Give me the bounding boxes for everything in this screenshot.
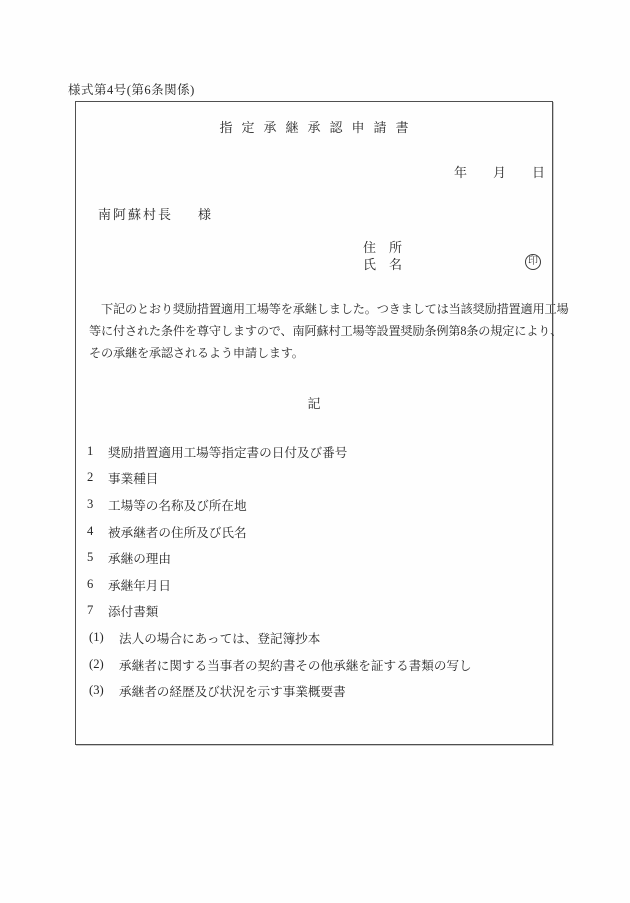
list-item-text: 被承継者の住所及び氏名	[108, 522, 247, 541]
list-item-number: 3	[87, 497, 108, 512]
numbered-list: 1 奨励措置適用工場等指定書の日付及び番号 2 事業種目 3 工場等の名称及び所…	[76, 438, 554, 704]
seal-stamp-icon: 印	[525, 254, 541, 270]
list-item: 6 承継年月日	[76, 571, 554, 598]
list-item-text: 承継の理由	[108, 548, 171, 567]
paragraph-line: 等に付された条件を尊守しますので、南阿蘇村工場等設置奨励条例第8条の規定により、	[89, 320, 552, 342]
addressee-row: 南阿蘇村長様	[98, 204, 213, 223]
list-item-text: 承継者に関する当事者の契約書その他承継を証する書類の写し	[119, 655, 472, 674]
document-title: 指定承継承認申請書	[76, 117, 552, 136]
section-heading-ki: 記	[76, 393, 552, 412]
list-item-text: 承継者の経歴及び状況を示す事業概要書	[119, 681, 346, 700]
list-item: (1) 法人の場合にあっては、登記簿抄本	[76, 624, 554, 651]
paragraph-line: 下記のとおり奨励措置適用工場等を承継しました。つきましては当該奨励措置適用工場	[89, 298, 552, 320]
list-item: (2) 承継者に関する当事者の契約書その他承継を証する書類の写し	[76, 651, 554, 678]
list-item-number: 5	[87, 550, 108, 565]
list-item-text: 承継年月日	[108, 575, 171, 594]
list-item-number: 7	[87, 603, 108, 618]
list-item: 5 承継の理由	[76, 544, 554, 571]
list-item-text: 奨励措置適用工場等指定書の日付及び番号	[108, 442, 347, 461]
list-item: 3 工場等の名称及び所在地	[76, 491, 554, 518]
list-item: 7 添付書類	[76, 598, 554, 625]
list-item-text: 事業種目	[108, 468, 158, 487]
document-page: 様式第4号(第6条関係) 指定承継承認申請書 年 月 日 南阿蘇村長様 住 所 …	[0, 0, 630, 903]
list-item: (3) 承継者の経歴及び状況を示す事業概要書	[76, 677, 554, 704]
list-item-number: 6	[87, 577, 108, 592]
list-item-text: 工場等の名称及び所在地	[108, 495, 247, 514]
addressee-name: 南阿蘇村長	[98, 207, 173, 222]
honorific-label: 様	[198, 207, 213, 222]
list-item: 1 奨励措置適用工場等指定書の日付及び番号	[76, 438, 554, 465]
date-line: 年 月 日	[454, 162, 545, 181]
list-item-text: 添付書類	[108, 601, 158, 620]
list-item-text: 法人の場合にあっては、登記簿抄本	[119, 628, 320, 647]
list-item-number: 4	[87, 524, 108, 539]
list-item-number: 2	[87, 470, 108, 485]
form-number-label: 様式第4号(第6条関係)	[68, 80, 195, 98]
list-item: 4 被承継者の住所及び氏名	[76, 518, 554, 545]
document-border-box: 指定承継承認申請書 年 月 日 南阿蘇村長様 住 所 氏 名 印 下記のとおり奨…	[75, 101, 553, 745]
list-item-number: (1)	[89, 630, 119, 645]
name-label: 氏 名	[363, 254, 402, 273]
paragraph-line: その承継を承認されるよう申請します。	[89, 342, 552, 364]
list-item-number: (3)	[89, 683, 119, 698]
list-item-number: (2)	[89, 657, 119, 672]
list-item-number: 1	[87, 444, 108, 459]
body-paragraph: 下記のとおり奨励措置適用工場等を承継しました。つきましては当該奨励措置適用工場 …	[89, 298, 552, 364]
list-item: 2 事業種目	[76, 465, 554, 492]
